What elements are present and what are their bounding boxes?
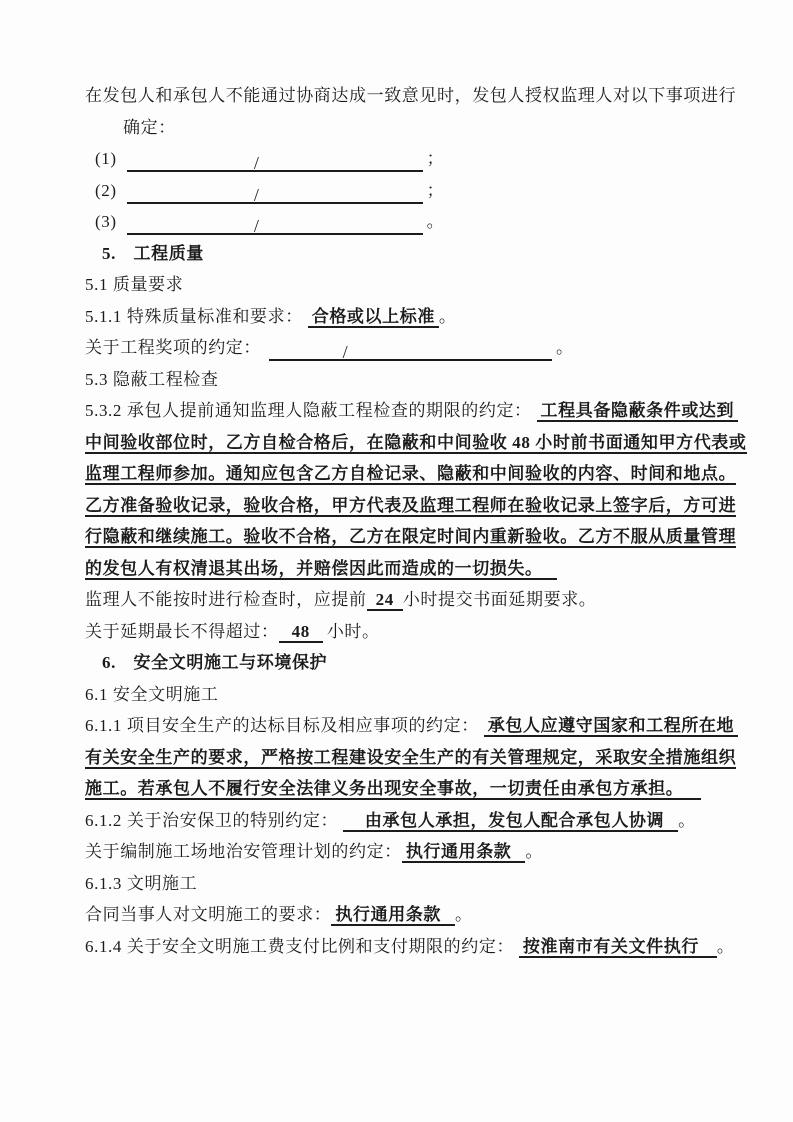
section-6-title: 6. 安全文明施工与环境保护 <box>102 653 327 672</box>
slash-mark: / <box>254 216 260 236</box>
clause-6-1-1-filled-line-1: 承包人应遵守国家和工程所在地 <box>484 716 738 737</box>
clause-5-3-2-cont-5: 的发包人有权清退其出场，并赔偿因此而造成的一切损失。 <box>85 553 737 585</box>
clause-5-3-title: 5.3 隐蔽工程检查 <box>85 370 219 389</box>
clause-6-1-2-punct: 。 <box>678 811 696 830</box>
delay-clause: 监理人不能按时进行检查时，应提前24小时提交书面延期要求。 <box>85 584 737 616</box>
item-1-punct: ； <box>427 149 445 168</box>
security-plan-label: 关于编制施工场地治安管理计划的约定： <box>85 842 402 861</box>
delay-hours-value: 24 <box>367 590 403 611</box>
clause-6-1-2-label: 6.1.2 关于治安保卫的特别约定： <box>85 811 338 830</box>
clause-5-3-2-label: 5.3.2 承包人提前通知监理人隐蔽工程检查的期限的约定： <box>85 401 532 420</box>
clause-5-3-2-cont-4: 行隐蔽和继续施工。验收不合格，乙方在限定时间内重新验收。乙方不服从质量管理 <box>85 521 737 553</box>
item-1-blank-line: / <box>127 148 423 172</box>
award-clause-punct: 。 <box>556 338 574 357</box>
max-delay-label: 关于延期最长不得超过： <box>85 622 279 641</box>
security-plan-punct: 。 <box>525 842 543 861</box>
security-plan-clause: 关于编制施工场地治安管理计划的约定：执行通用条款。 <box>85 836 737 868</box>
clause-5-3-heading: 5.3 隐蔽工程检查 <box>85 364 737 396</box>
item-3-blank-line: / <box>127 211 423 235</box>
award-clause: 关于工程奖项的约定：/。 <box>85 332 737 364</box>
clause-6-1-4-punct: 。 <box>717 937 735 956</box>
clause-6-1-1-label: 6.1.1 项目安全生产的达标目标及相应事项的约定： <box>85 716 479 735</box>
intro-line-2: 确定： <box>85 112 737 144</box>
delay-clause-pre: 监理人不能按时进行检查时，应提前 <box>85 590 367 609</box>
slash-mark: / <box>254 153 260 173</box>
clause-6-1-3-title: 6.1.3 文明施工 <box>85 874 197 893</box>
clause-5-3-2-filled-line-4: 乙方准备验收记录，验收合格，甲方代表及监理工程师在验收记录上签字后，方可进 <box>85 496 736 517</box>
clause-6-1-title: 6.1 安全文明施工 <box>85 685 219 704</box>
award-clause-label: 关于工程奖项的约定： <box>85 338 261 357</box>
clause-6-1-2: 6.1.2 关于治安保卫的特别约定： 由承包人承担，发包人配合承包人协调。 <box>85 805 737 837</box>
clause-5-3-2-filled-line-6: 的发包人有权清退其出场，并赔偿因此而造成的一切损失。 <box>85 559 557 580</box>
item-2-label: (2) <box>95 181 117 200</box>
clause-6-1-2-filled-value: 由承包人承担，发包人配合承包人协调 <box>343 811 678 832</box>
clause-6-1-1-filled-line-3: 施工。若承包人不履行安全法律义务出现安全事故，一切责任由承包方承担。 <box>85 779 701 800</box>
clause-6-1-3-heading: 6.1.3 文明施工 <box>85 868 737 900</box>
max-delay-clause: 关于延期最长不得超过：48小时。 <box>85 616 737 648</box>
clause-5-1-title: 5.1 质量要求 <box>85 275 183 294</box>
item-3-label: (3) <box>95 212 117 231</box>
clause-5-3-2-cont-1: 中间验收部位时，乙方自检合格后，在隐蔽和中间验收 48 小时前书面通知甲方代表或 <box>85 427 737 459</box>
clause-5-1-heading: 5.1 质量要求 <box>85 269 737 301</box>
item-2-punct: ； <box>427 181 445 200</box>
clause-5-1-1: 5.1.1 特殊质量标准和要求： 合格或以上标准。 <box>85 301 737 333</box>
clause-5-3-2-filled-line-1: 工程具备隐蔽条件或达到 <box>537 401 739 422</box>
security-plan-filled-value: 执行通用条款 <box>402 842 526 863</box>
clause-5-1-1-filled-value: 合格或以上标准 <box>308 307 439 328</box>
civilized-construction-clause: 合同当事人对文明施工的要求：执行通用条款。 <box>85 899 737 931</box>
intro-line-1: 在发包人和承包人不能通过协商达成一致意见时，发包人授权监理人对以下事项进行 <box>85 80 737 112</box>
max-delay-hours-value: 48 <box>279 622 323 643</box>
blank-item-1: (1)/； <box>85 143 737 175</box>
slash-mark: / <box>343 342 349 362</box>
clause-5-3-2-filled-line-5: 行隐蔽和继续施工。验收不合格，乙方在限定时间内重新验收。乙方不服从质量管理 <box>85 527 736 548</box>
clause-5-3-2-cont-3: 乙方准备验收记录，验收合格，甲方代表及监理工程师在验收记录上签字后，方可进 <box>85 490 737 522</box>
clause-5-1-1-label: 5.1.1 特殊质量标准和要求： <box>85 307 303 326</box>
intro-text-2: 确定： <box>123 118 176 137</box>
civilized-clause-label: 合同当事人对文明施工的要求： <box>85 905 331 924</box>
clause-6-1-4-filled-value: 按淮南市有关文件执行 <box>519 937 717 958</box>
civilized-clause-punct: 。 <box>455 905 473 924</box>
clause-6-1-1: 6.1.1 项目安全生产的达标目标及相应事项的约定： 承包人应遵守国家和工程所在… <box>85 710 737 742</box>
clause-5-3-2-filled-line-3: 监理工程师参加。通知应包含乙方自检记录、隐蔽和中间验收的内容、时间和地点。 <box>85 464 736 485</box>
blank-item-2: (2)/； <box>85 175 737 207</box>
clause-6-1-1-cont-1: 有关安全生产的要求，严格按工程建设安全生产的有关管理规定，采取安全措施组织 <box>85 742 737 774</box>
civilized-filled-value: 执行通用条款 <box>331 905 455 926</box>
item-3-punct: 。 <box>427 212 445 231</box>
clause-6-1-heading: 6.1 安全文明施工 <box>85 679 737 711</box>
max-delay-post: 小时。 <box>327 622 380 641</box>
item-1-label: (1) <box>95 149 117 168</box>
item-2-blank-line: / <box>127 180 423 204</box>
clause-6-1-1-cont-2: 施工。若承包人不履行安全法律义务出现安全事故，一切责任由承包方承担。 <box>85 773 737 805</box>
contract-page: 在发包人和承包人不能通过协商达成一致意见时，发包人授权监理人对以下事项进行 确定… <box>0 0 793 1122</box>
section-5-title: 5. 工程质量 <box>102 244 204 263</box>
page-content: 在发包人和承包人不能通过协商达成一致意见时，发包人授权监理人对以下事项进行 确定… <box>0 0 793 962</box>
clause-5-1-1-punct: 。 <box>439 307 457 326</box>
section-6-heading: 6. 安全文明施工与环境保护 <box>85 647 737 679</box>
clause-6-1-4-label: 6.1.4 关于安全文明施工费支付比例和支付期限的约定： <box>85 937 514 956</box>
clause-5-3-2: 5.3.2 承包人提前通知监理人隐蔽工程检查的期限的约定： 工程具备隐蔽条件或达… <box>85 395 737 427</box>
delay-clause-post: 小时提交书面延期要求。 <box>403 590 597 609</box>
blank-item-3: (3)/。 <box>85 206 737 238</box>
intro-text-1: 在发包人和承包人不能通过协商达成一致意见时，发包人授权监理人对以下事项进行 <box>85 86 736 105</box>
clause-6-1-4: 6.1.4 关于安全文明施工费支付比例和支付期限的约定： 按淮南市有关文件执行。 <box>85 931 737 963</box>
clause-5-3-2-filled-line-2: 中间验收部位时，乙方自检合格后，在隐蔽和中间验收 48 小时前书面通知甲方代表或 <box>85 433 747 454</box>
slash-mark: / <box>254 185 260 205</box>
award-blank-line: / <box>269 337 552 361</box>
section-5-heading: 5. 工程质量 <box>85 238 737 270</box>
clause-5-3-2-cont-2: 监理工程师参加。通知应包含乙方自检记录、隐蔽和中间验收的内容、时间和地点。 <box>85 458 737 490</box>
clause-6-1-1-filled-line-2: 有关安全生产的要求，严格按工程建设安全生产的有关管理规定，采取安全措施组织 <box>85 748 736 769</box>
